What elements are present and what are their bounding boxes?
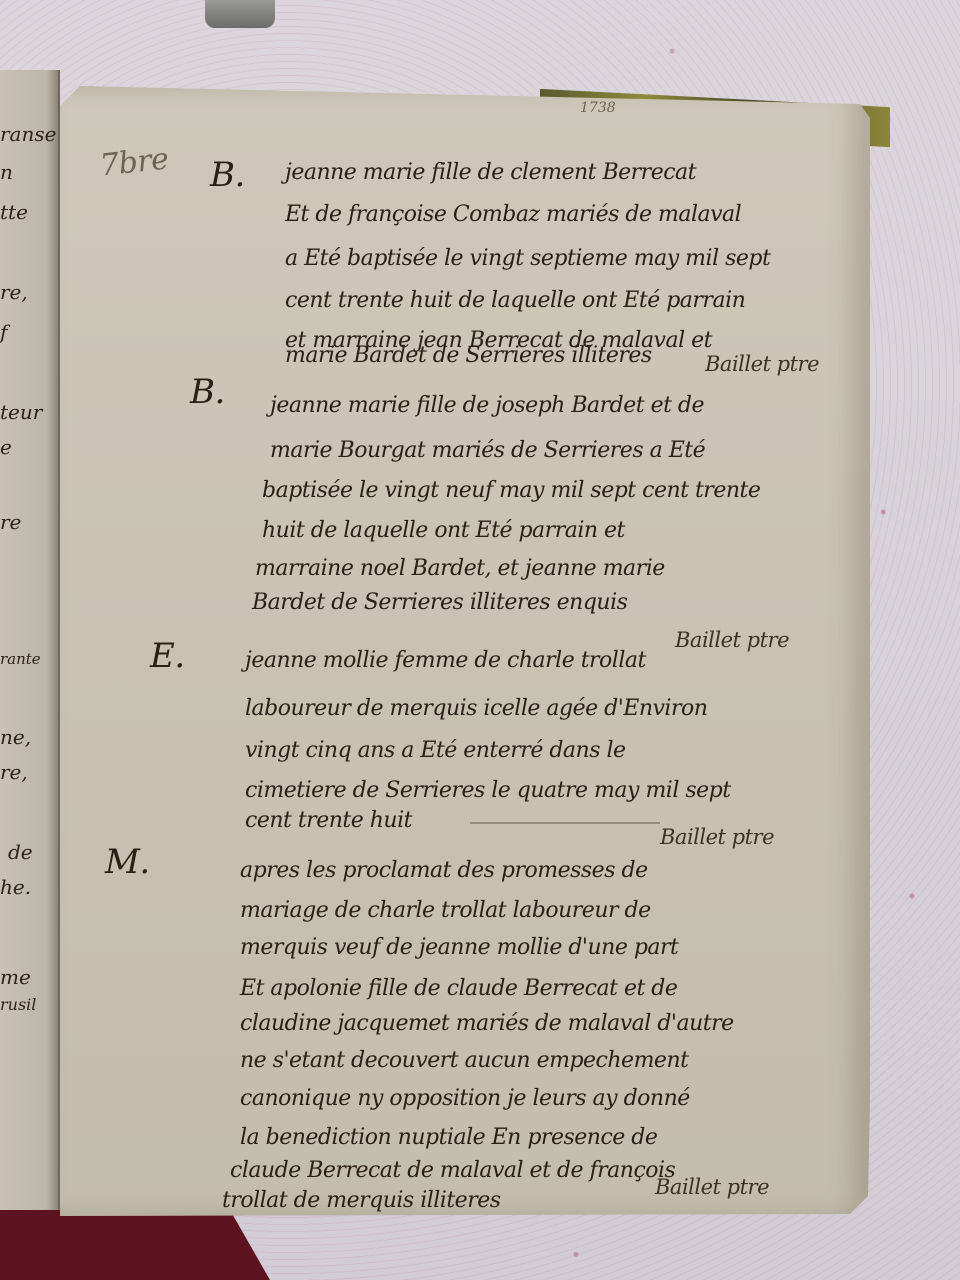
entry-code-baptism: B. — [190, 372, 225, 412]
entry-code-burial: E. — [150, 636, 185, 676]
entry-code-baptism: B. — [210, 155, 245, 195]
entry-line: cent trente huit — [245, 810, 412, 832]
left-fragment: f — [0, 320, 7, 344]
left-fragment: rante — [0, 650, 41, 668]
entry-line: jeanne marie fille de clement Berrecat — [285, 162, 696, 184]
entry-line: a Eté baptisée le vingt septieme may mil… — [285, 248, 770, 270]
left-fragment: re — [0, 510, 21, 534]
left-fragment: me — [0, 965, 31, 989]
left-fragment: ne, — [0, 725, 31, 749]
entry-line: jeanne marie fille de joseph Bardet et d… — [270, 395, 704, 417]
left-fragment: de — [8, 840, 33, 864]
entry-line: apres les proclamat des promesses de — [240, 860, 648, 882]
signature: Baillet ptre — [705, 352, 819, 376]
left-fragment: e — [0, 435, 12, 459]
line-filler — [470, 822, 660, 824]
metal-clip — [205, 0, 275, 28]
left-fragment: tte — [0, 200, 28, 224]
entry-line: laboureur de merquis icelle agée d'Envir… — [245, 698, 707, 720]
entry-line: marie Bourgat mariés de Serrieres a Eté — [270, 440, 705, 462]
entry-line: cimetiere de Serrieres le quatre may mil… — [245, 780, 731, 802]
left-fragment: he. — [0, 875, 31, 899]
entry-line: vingt cinq ans a Eté enterré dans le — [245, 740, 626, 762]
signature: Baillet ptre — [655, 1175, 769, 1199]
entry-line: ne s'etant decouvert aucun empechement — [240, 1050, 688, 1072]
entry-line: trollat de merquis illiteres — [222, 1190, 501, 1212]
entry-line: canonique ny opposition je leurs ay donn… — [240, 1088, 690, 1110]
entry-line: baptisée le vingt neuf may mil sept cent… — [262, 480, 760, 502]
entry-line: Bardet de Serrieres illiteres enquis — [252, 592, 627, 614]
entry-line: Et apolonie fille de claude Berrecat et … — [240, 978, 677, 1000]
entry-line: huit de laquelle ont Eté parrain et — [262, 520, 625, 542]
left-fragment: n — [0, 160, 13, 184]
entry-line: Et de françoise Combaz mariés de malaval — [285, 204, 741, 226]
signature: Baillet ptre — [675, 628, 789, 652]
signature: Baillet ptre — [660, 825, 774, 849]
page-header-year: 1738 — [580, 100, 616, 116]
entry-line: jeanne mollie femme de charle trollat — [245, 650, 646, 672]
left-fragment: ranse — [0, 122, 56, 146]
left-fragment: re, — [0, 760, 28, 784]
entry-line: merquis veuf de jeanne mollie d'une part — [240, 937, 678, 959]
entry-line: cent trente huit de laquelle ont Eté par… — [285, 290, 745, 312]
entry-line: marie Bardet de Serrieres illiteres — [285, 345, 652, 367]
left-fragment: re, — [0, 280, 28, 304]
entry-line: claudine jacquemet mariés de malaval d'a… — [240, 1013, 734, 1035]
entry-line: marraine noel Bardet, et jeanne marie — [255, 558, 665, 580]
entry-line: claude Berrecat de malaval et de françoi… — [230, 1160, 675, 1182]
left-page-edge: ranse n tte re, f teur e re rante ne, re… — [0, 70, 60, 1210]
entry-line: la benediction nuptiale En presence de — [240, 1127, 657, 1149]
entry-code-marriage: M. — [105, 842, 150, 882]
margin-date: 7bre — [98, 142, 170, 184]
red-cloth — [0, 1210, 270, 1280]
left-fragment: rusil — [0, 995, 36, 1014]
entry-line: mariage de charle trollat laboureur de — [240, 900, 651, 922]
left-fragment: teur — [0, 400, 42, 424]
